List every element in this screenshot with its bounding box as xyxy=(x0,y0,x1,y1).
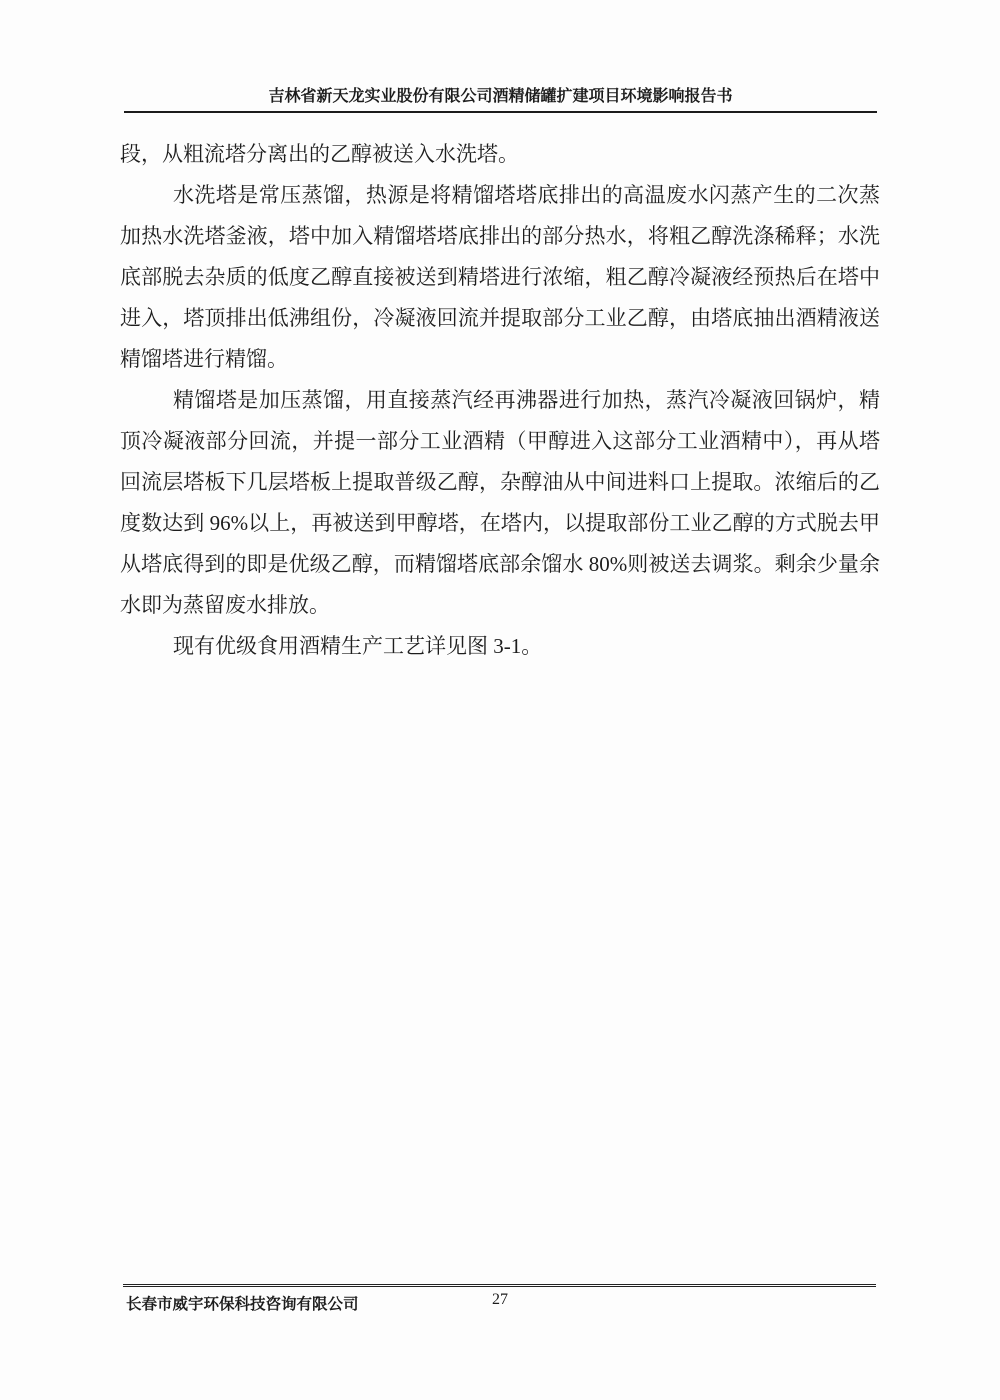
text-line: 底部脱去杂质的低度乙醇直接被送到精塔进行浓缩，粗乙醇冷凝液经预热后在塔中部 xyxy=(120,257,880,298)
report-title: 吉林省新天龙实业股份有限公司酒精储罐扩建项目环境影响报告书 xyxy=(124,83,877,106)
text-line: 精馏塔进行精馏。 xyxy=(120,339,880,380)
text-line: 加热水洗塔釜液，塔中加入精馏塔塔底排出的部分热水，将粗乙醇洗涤稀释；水洗塔 xyxy=(120,216,880,257)
page-header: 吉林省新天龙实业股份有限公司酒精储罐扩建项目环境影响报告书 xyxy=(124,83,877,113)
text-line: 水即为蒸留废水排放。 xyxy=(120,585,880,626)
text-line: 从塔底得到的即是优级乙醇，而精馏塔底部余馏水 80%则被送去调浆。剩余少量余馏 xyxy=(120,544,880,585)
text-line: 度数达到 96%以上，再被送到甲醇塔，在塔内，以提取部份工业乙醇的方式脱去甲醇， xyxy=(120,503,880,544)
document-page: 吉林省新天龙实业股份有限公司酒精储罐扩建项目环境影响报告书 段，从粗流塔分离出的… xyxy=(0,0,1000,1400)
text-line: 顶冷凝液部分回流，并提一部分工业酒精（甲醇进入这部分工业酒精中），再从塔的 xyxy=(120,421,880,462)
text-line: 回流层塔板下几层塔板上提取普级乙醇，杂醇油从中间进料口上提取。浓缩后的乙醇 xyxy=(120,462,880,503)
text-line: 进入，塔顶排出低沸组份，冷凝液回流并提取部分工业乙醇，由塔底抽出酒精液送入 xyxy=(120,298,880,339)
page-number: 27 xyxy=(0,1291,1000,1309)
text-line: 精馏塔是加压蒸馏，用直接蒸汽经再沸器进行加热，蒸汽冷凝液回锅炉，精馏塔 xyxy=(120,380,880,421)
footer-rule xyxy=(123,1284,876,1287)
text-line: 段，从粗流塔分离出的乙醇被送入水洗塔。 xyxy=(120,134,880,175)
document-body: 段，从粗流塔分离出的乙醇被送入水洗塔。水洗塔是常压蒸馏，热源是将精馏塔塔底排出的… xyxy=(120,134,880,667)
text-line: 现有优级食用酒精生产工艺详见图 3-1。 xyxy=(120,626,880,667)
text-line: 水洗塔是常压蒸馏，热源是将精馏塔塔底排出的高温废水闪蒸产生的二次蒸汽， xyxy=(120,175,880,216)
